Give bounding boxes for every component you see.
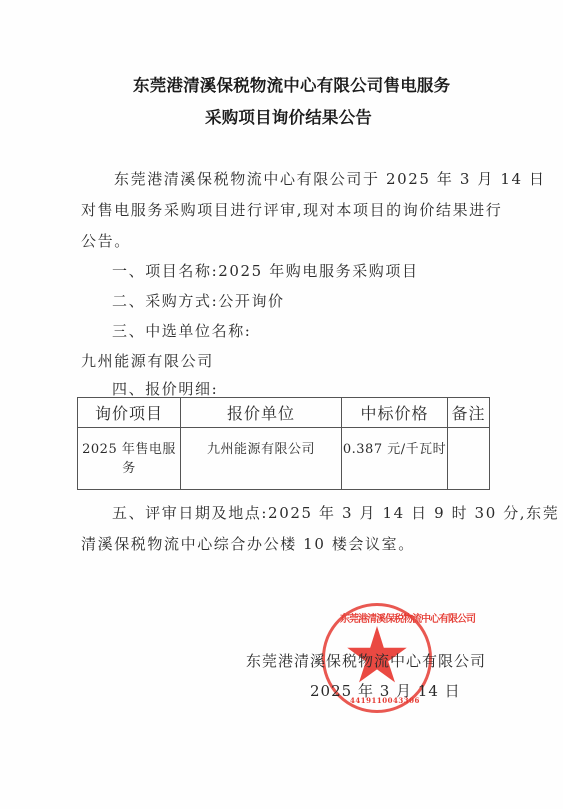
cell-inquiry-item: 2025 年售电服务 xyxy=(78,428,181,490)
cell-bidder: 九州能源有限公司 xyxy=(181,428,342,490)
quote-table: 询价项目 报价单位 中标价格 备注 2025 年售电服务 九州能源有限公司 0.… xyxy=(77,397,490,490)
header-remarks: 备注 xyxy=(448,398,490,428)
cell-winning-price: 0.387 元/千瓦时 xyxy=(342,428,448,490)
intro-line-1: 东莞港清溪保税物流中心有限公司于 2025 年 3 月 14 日 xyxy=(114,168,546,189)
signature-date: 2025 年 3 月 14 日 xyxy=(310,680,461,701)
item-winner-label: 三、中选单位名称: xyxy=(112,320,251,341)
intro-line-3: 公告。 xyxy=(81,230,131,251)
item-quote-details: 四、报价明细: xyxy=(112,378,218,399)
cell-remarks xyxy=(448,428,490,490)
table-row: 2025 年售电服务 九州能源有限公司 0.387 元/千瓦时 xyxy=(78,428,490,490)
header-bidder: 报价单位 xyxy=(181,398,342,428)
header-inquiry-item: 询价项目 xyxy=(78,398,181,428)
seal-text: 东莞港清溪保税物流中心有限公司 xyxy=(340,610,475,625)
title-line-2: 采购项目询价结果公告 xyxy=(205,104,372,128)
title-line-1: 东莞港清溪保税物流中心有限公司售电服务 xyxy=(133,72,450,96)
item-review-date-line-1: 五、评审日期及地点:2025 年 3 月 14 日 9 时 30 分,东莞 xyxy=(112,502,559,523)
table-header-row: 询价项目 报价单位 中标价格 备注 xyxy=(78,398,490,428)
item-review-date-line-2: 清溪保税物流中心综合办公楼 10 楼会议室。 xyxy=(81,533,415,554)
signature-company: 东莞港清溪保税物流中心有限公司 xyxy=(246,650,486,671)
item-procurement-method: 二、采购方式:公开询价 xyxy=(112,290,285,311)
intro-line-2: 对售电服务采购项目进行评审,现对本项目的询价结果进行 xyxy=(81,199,502,220)
item-project-name: 一、项目名称:2025 年购电服务采购项目 xyxy=(112,260,419,281)
header-winning-price: 中标价格 xyxy=(342,398,448,428)
winner-name: 九州能源有限公司 xyxy=(81,350,214,371)
